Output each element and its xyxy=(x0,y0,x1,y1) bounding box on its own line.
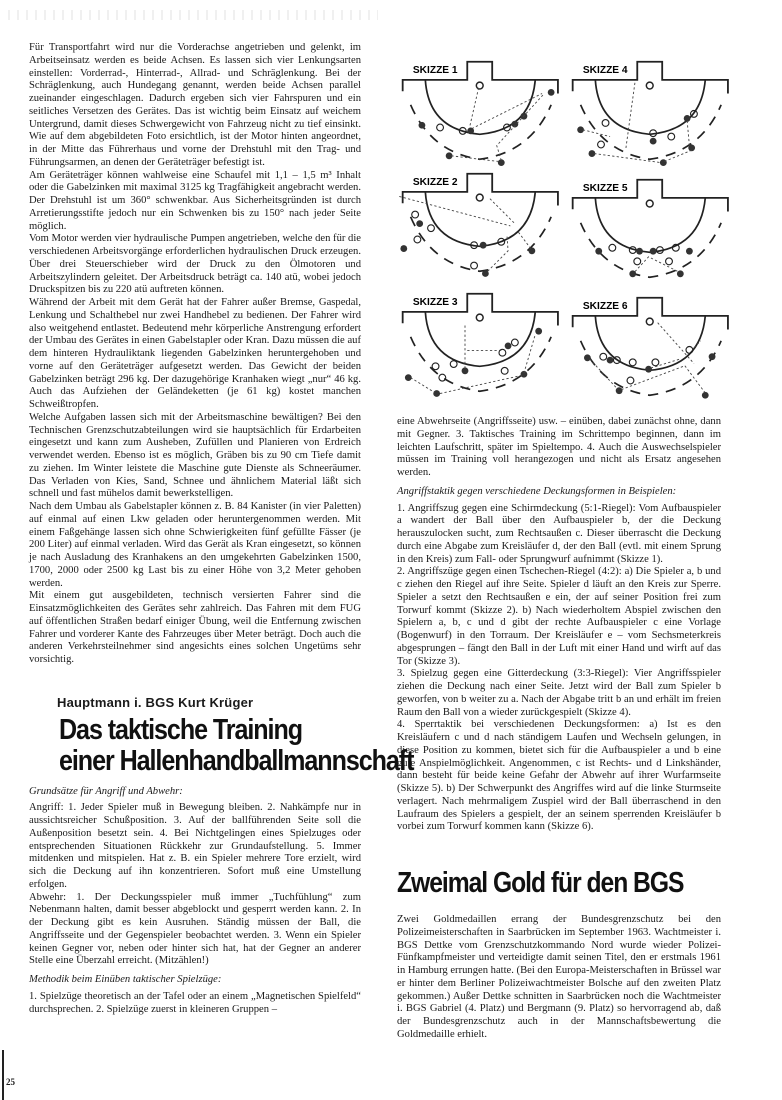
article-paragraph: Für Transportfahrt wird nur die Vorderac… xyxy=(29,42,361,170)
article-headline-line1: Das taktische Training xyxy=(59,716,325,745)
article-paragraph: Abwehr: 1. Der Deckungsspieler muß immer… xyxy=(29,892,361,969)
sketch-5: SKIZZE 5 xyxy=(567,166,737,291)
article-headline: Zweimal Gold für den BGS xyxy=(397,868,672,898)
section-subhead: Angriffstaktik gegen verschiedene Deckun… xyxy=(397,486,721,499)
section-subhead: Grundsätze für Angriff und Abwehr: xyxy=(29,786,361,799)
left-column: Für Transportfahrt wird nur die Vorderac… xyxy=(29,42,361,1016)
right-column: eine Abwehrseite (Angriffsseite) usw. – … xyxy=(397,416,721,1042)
article-paragraph: Während der Arbeit mit dem Gerät hat der… xyxy=(29,297,361,412)
article-author: Hauptmann i. BGS Kurt Krüger xyxy=(57,697,361,710)
sketch-2: SKIZZE 2 xyxy=(397,160,567,285)
article-paragraph: Zwei Goldmedaillen errang der Bundesgren… xyxy=(397,914,721,1042)
article-paragraph: Welche Aufgaben lassen sich mit der Arbe… xyxy=(29,412,361,501)
article-paragraph: Am Geräteträger können wahlweise eine Sc… xyxy=(29,170,361,234)
article-paragraph: eine Abwehrseite (Angriffsseite) usw. – … xyxy=(397,416,721,480)
tactic-item: 1. Angriffszug gegen eine Schirmdeckung … xyxy=(397,503,721,567)
svg-text:SKIZZE 6: SKIZZE 6 xyxy=(583,301,628,312)
article-headline-line2: einer Hallenhandballmannschaft xyxy=(59,747,325,776)
article-paragraph: Angriff: 1. Jeder Spieler muß in Bewegun… xyxy=(29,802,361,891)
svg-text:SKIZZE 1: SKIZZE 1 xyxy=(413,65,458,76)
scan-artifact xyxy=(8,10,378,20)
sketch-6: SKIZZE 6 xyxy=(567,284,737,409)
article-paragraph: Nach dem Umbau als Gabelstapler können z… xyxy=(29,501,361,590)
article-paragraph: Vom Motor werden vier hydraulische Pumpe… xyxy=(29,233,361,297)
svg-text:SKIZZE 4: SKIZZE 4 xyxy=(583,65,628,76)
section-subhead: Methodik beim Einüben taktischer Spielzü… xyxy=(29,974,361,987)
tactic-item: 3. Spielzug gegen eine Gitterdeckung (3:… xyxy=(397,668,721,719)
article-paragraph: Mit einem gut ausgebildeten, technisch v… xyxy=(29,590,361,667)
page-edge xyxy=(2,1050,4,1100)
tactic-item: 4. Sperrtaktik bei verschiedenen Deckung… xyxy=(397,719,721,834)
sketch-3: SKIZZE 3 xyxy=(397,280,567,405)
article-paragraph: 1. Spielzüge theoretisch an der Tafel od… xyxy=(29,991,361,1017)
svg-text:SKIZZE 3: SKIZZE 3 xyxy=(413,297,458,308)
page-number: 25 xyxy=(6,1077,15,1087)
svg-text:SKIZZE 2: SKIZZE 2 xyxy=(413,177,458,188)
sketch-4: SKIZZE 4 xyxy=(567,48,737,173)
tactic-item: 2. Angriffszüge gegen einen Tschechen-Ri… xyxy=(397,566,721,668)
sketch-1: SKIZZE 1 xyxy=(397,48,567,173)
svg-text:SKIZZE 5: SKIZZE 5 xyxy=(583,183,628,194)
